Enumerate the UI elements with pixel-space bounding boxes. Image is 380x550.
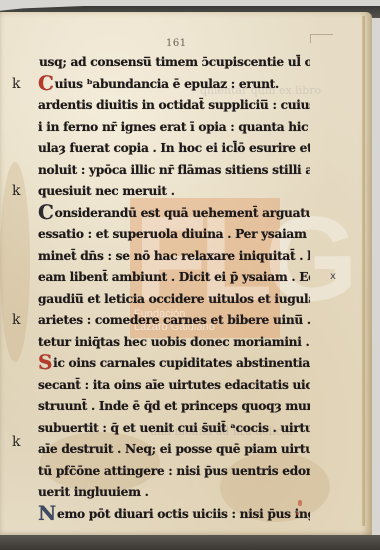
initial-letter: C	[38, 203, 54, 221]
text-line: i in ferno nr̄ ignes erat ī opia : quant…	[38, 117, 310, 139]
line-text: tū pfc̄ōne attingere : nisi p̄us uentris…	[38, 464, 310, 478]
text-line: subuertit : q̄ et uenit cui s̄uit̄ ᵃcoci…	[38, 418, 310, 440]
text-line: ulaȝ fuerat copia . In hoc ei icl̄ō esur…	[38, 138, 310, 160]
pencil-mark	[310, 34, 333, 43]
text-line: secant̄ : ita oins aīe uirtutes edacitat…	[38, 375, 310, 397]
text-line: Considerandū est quā uehement̄ arguatur …	[38, 203, 310, 225]
line-text: tetur iniq̄tas hec uobis donec moriamini…	[38, 335, 309, 349]
page-edge	[362, 16, 365, 526]
red-ink-spot	[298, 500, 302, 506]
line-text: subuertit : q̄ et uenit cui s̄uit̄ ᵃcoci…	[38, 421, 310, 435]
margin-mark-k: k	[12, 183, 20, 199]
text-line: Nemo pōt diuari octis uiciis : nisi p̄us…	[38, 504, 310, 526]
text-line: arietes : comedere carnes et bibere uinu…	[38, 310, 310, 332]
text-line: usq; ad consensu̅ timem ɔ̄cupiscentie ul…	[38, 52, 310, 74]
text-line: ardentis diuitis in octidat̄ suppliciu̅ …	[38, 95, 310, 117]
text-line: Cuius ᵇabundancia ē epulaz : erunt.	[38, 74, 310, 96]
margin-mark-k: k	[12, 76, 20, 92]
line-text: emo pōt diuari octis uiciis : nisi p̄us …	[57, 507, 310, 521]
line-text: quesiuit nec meruit .	[38, 184, 175, 198]
text-line: gaudiu̅ et leticia occidere uitulos et i…	[38, 289, 310, 311]
line-text: arietes : comedere carnes et bibere uinu…	[38, 313, 310, 327]
line-text: usq; ad consensu̅ timem ɔ̄cupiscentie ul…	[39, 55, 310, 69]
text-line: struunt̄ . Inde ē q̄d et princeps quoqȝ …	[38, 396, 310, 418]
line-text: i in ferno nr̄ ignes erat ī opia : quant…	[38, 120, 310, 134]
line-text: ic oins carnales cupiditates abstinentia…	[53, 356, 310, 370]
text-line: quesiuit nec meruit .	[38, 181, 310, 203]
rubricated-initial: S	[38, 353, 52, 371]
text-line: noluit : ypōca illic nr̄ flāmas sitiens …	[38, 160, 310, 182]
folio-number: 161	[166, 38, 187, 49]
line-text: uius ᵇabundancia ē epulaz : erunt.	[55, 77, 279, 91]
text-line: eam libent̄ ambiunt . Dicit ei p̄ ysaiam…	[38, 267, 310, 289]
text-line: tū pfc̄ōne attingere : nisi p̄us uentris…	[38, 461, 310, 483]
text-line: minet̄ dn̄s : se nō hac relaxare iniquit…	[38, 246, 310, 268]
line-text: noluit : ypōca illic nr̄ flāmas sitiens …	[38, 163, 310, 177]
margin-note-right: x	[330, 271, 336, 282]
line-text: aīe destruit . Neq; ei posse quē piam ui…	[38, 442, 310, 456]
line-text: ulaȝ fuerat copia . In hoc ei icl̄ō esur…	[38, 141, 310, 155]
line-text: minet̄ dn̄s : se nō hac relaxare iniquit…	[38, 249, 310, 263]
red-ink-spot	[296, 512, 299, 515]
line-text: secant̄ : ita oins aīe uirtutes edacitat…	[38, 378, 310, 392]
blue-initial: N	[38, 504, 56, 522]
line-text: gaudiu̅ et leticia occidere uitulos et i…	[38, 292, 310, 306]
text-line: essatio : et superuola diuina . Per ysai…	[38, 224, 310, 246]
margin-mark-k: k	[12, 312, 20, 328]
text-line: uerit ingluuiem .	[38, 482, 310, 504]
text-line: aīe destruit . Neq; ei posse quē piam ui…	[38, 439, 310, 461]
line-text: onsiderandū est quā uehement̄ arguatur c…	[55, 206, 310, 220]
line-text: eam libent̄ ambiunt . Dicit ei p̄ ysaiam…	[38, 270, 310, 284]
rubricated-initial: C	[38, 74, 54, 92]
book-binding-bottom	[0, 535, 380, 550]
line-text: uerit ingluuiem .	[38, 485, 149, 499]
text-line: tetur iniq̄tas hec uobis donec moriamini…	[38, 332, 310, 354]
manuscript-text: usq; ad consensu̅ timem ɔ̄cupiscentie ul…	[38, 52, 310, 525]
margin-mark-k: k	[12, 434, 20, 450]
line-text: struunt̄ . Inde ē q̄d et princeps quoqȝ …	[38, 399, 310, 413]
line-text: essatio : et superuola diuina . Per ysai…	[38, 227, 310, 241]
line-text: ardentis diuitis in octidat̄ suppliciu̅ …	[38, 98, 310, 112]
text-line: Sic oins carnales cupiditates abstinenti…	[38, 353, 310, 375]
